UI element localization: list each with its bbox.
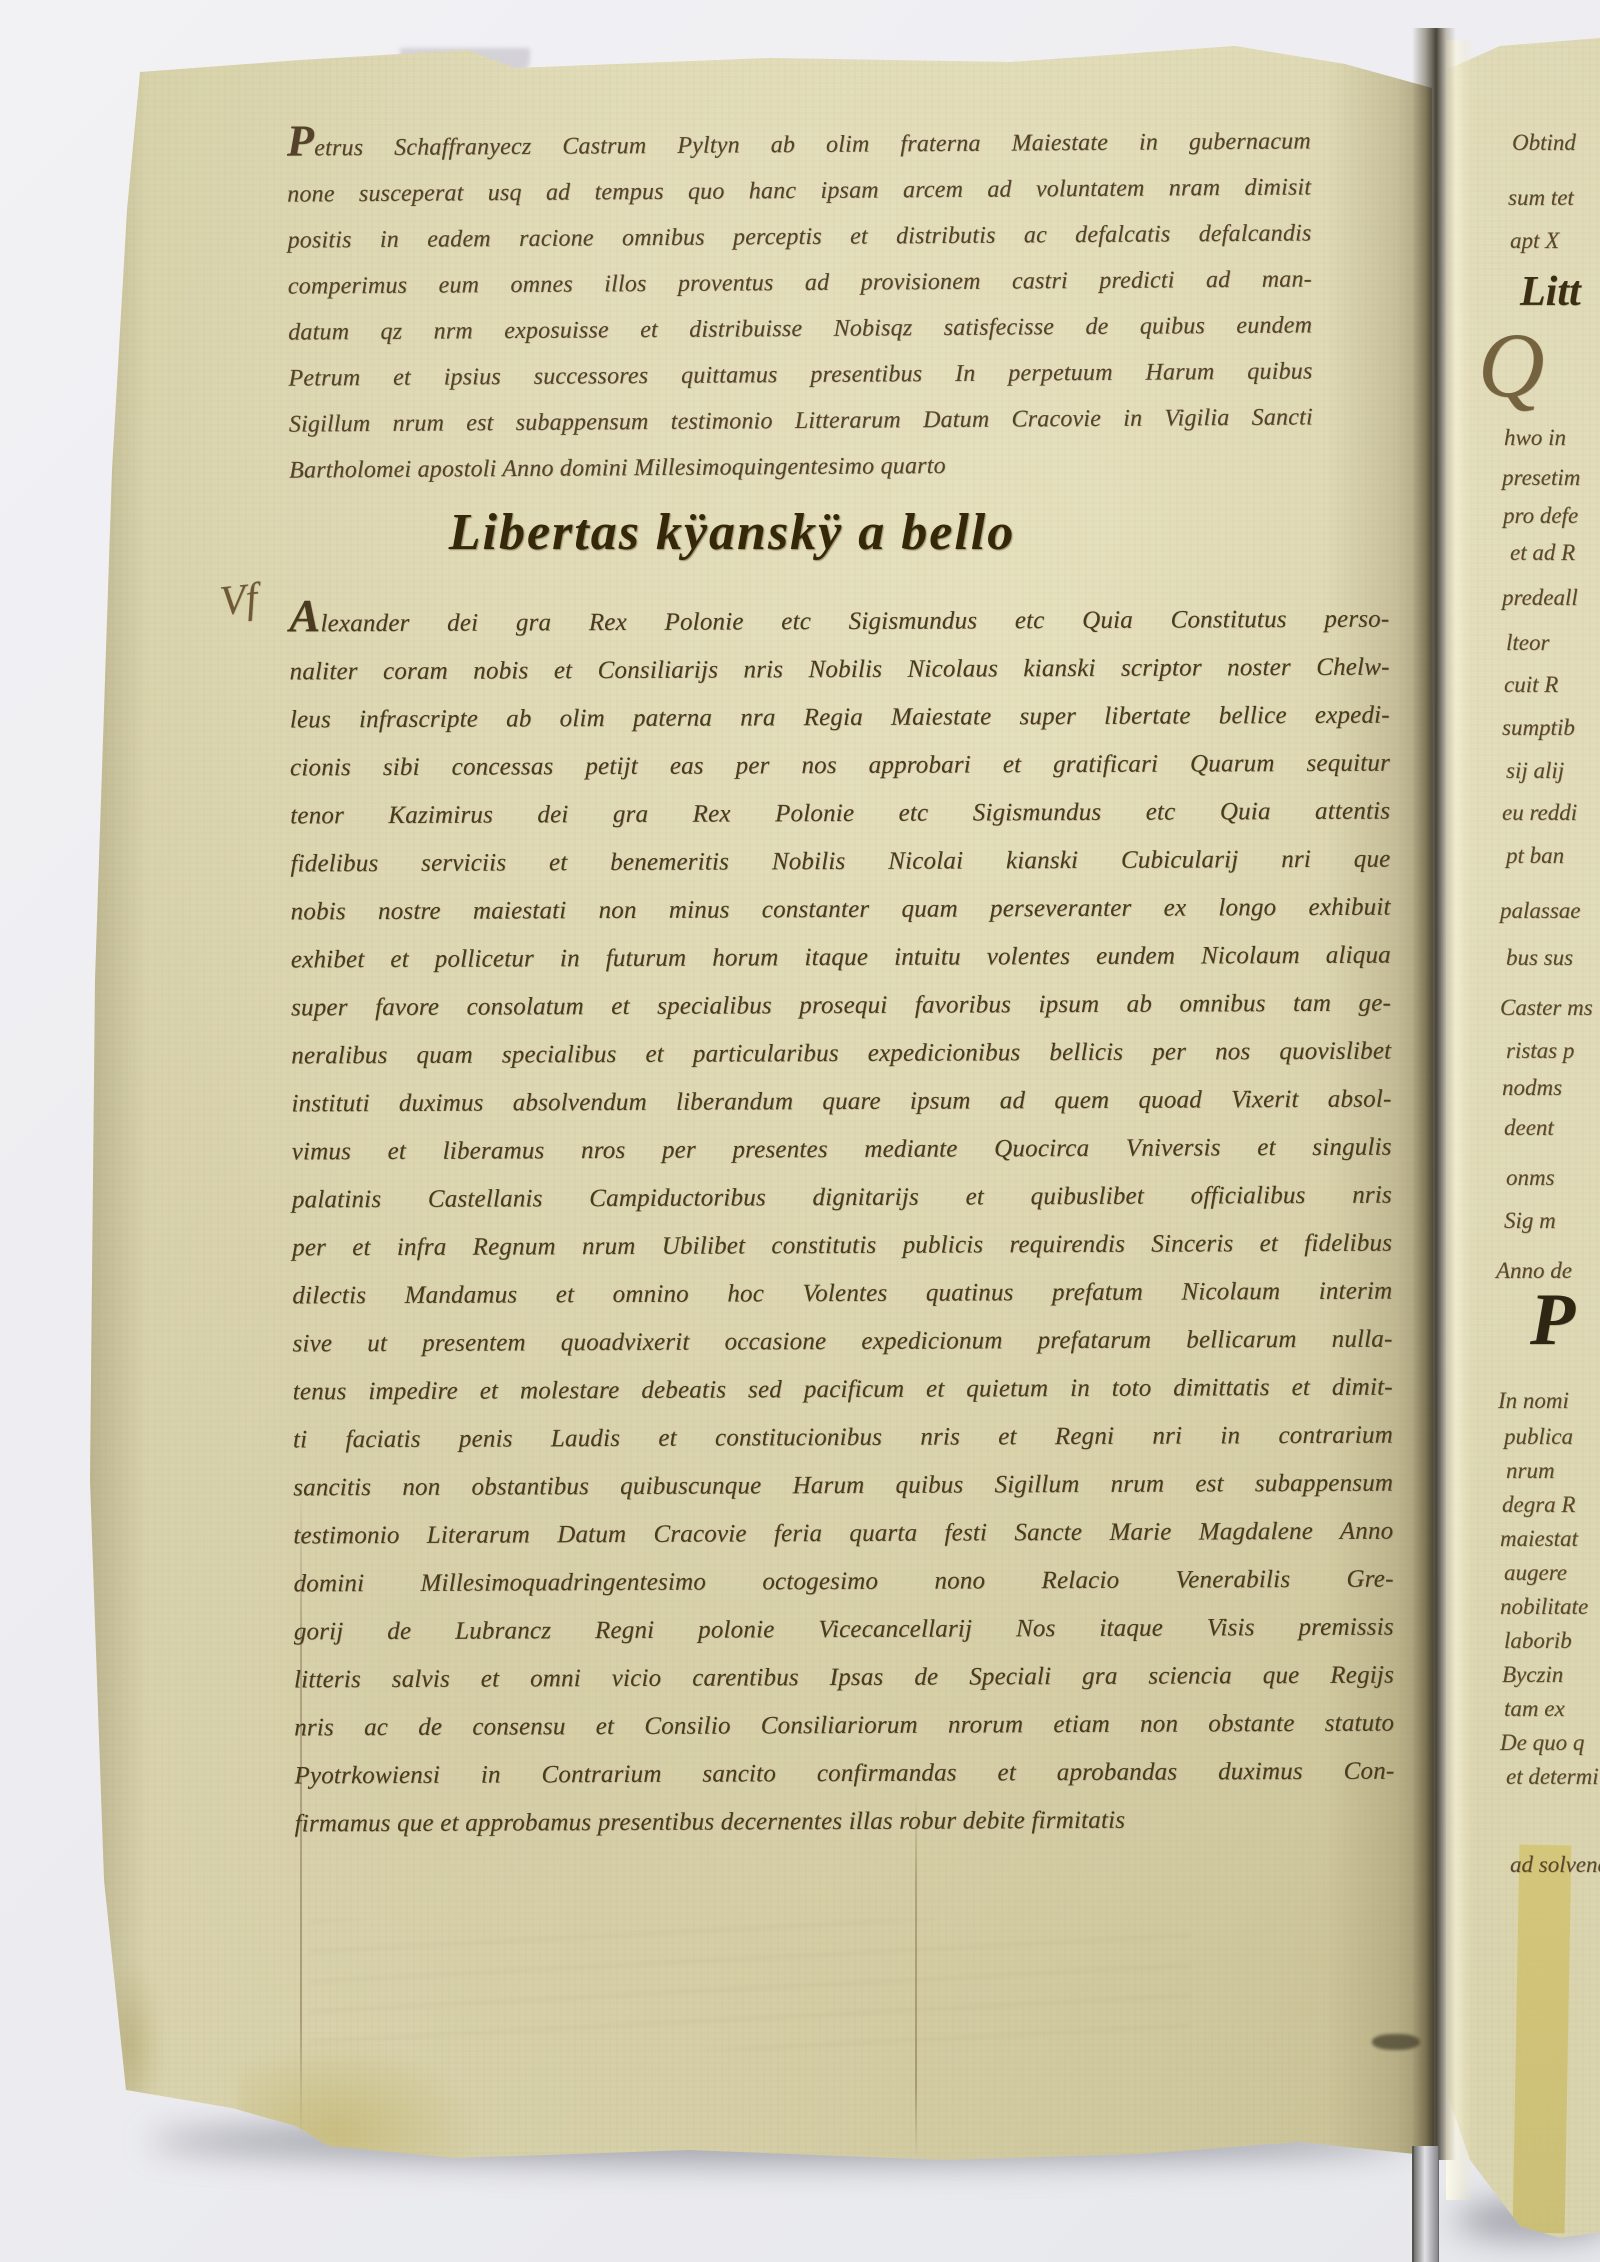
manuscript-line: per et infra Regnum nrum Ubilibet consti… bbox=[292, 1220, 1392, 1273]
manuscript-left-page: Petrus Schaffranyecz Castrum Pyltyn ab o… bbox=[0, 0, 1600, 2262]
right-page-text-fragment: laborib bbox=[1504, 1628, 1572, 1654]
manuscript-line: Petrus Schaffranyecz Castrum Pyltyn ab o… bbox=[287, 118, 1311, 171]
manuscript-line: dilectis Mandamus et omnino hoc Volentes… bbox=[292, 1268, 1392, 1321]
right-page-text-fragment: Sig m bbox=[1504, 1208, 1556, 1234]
manuscript-line: litteris salvis et omni vicio carentibus… bbox=[294, 1652, 1394, 1705]
right-page-text-fragment: et ad R bbox=[1510, 540, 1575, 566]
right-page-text-fragment: presetim bbox=[1502, 465, 1580, 491]
manuscript-line: gorij de Lubrancz Regni polonie Vicecanc… bbox=[294, 1604, 1394, 1657]
manuscript-line: comperimus eum omnes illos proventus ad … bbox=[288, 256, 1312, 309]
right-page-text-fragment: nobilitate bbox=[1500, 1594, 1588, 1620]
manuscript-scan-background: Petrus Schaffranyecz Castrum Pyltyn ab o… bbox=[0, 0, 1600, 2262]
manuscript-line: positis in eadem racione omnibus percept… bbox=[287, 210, 1311, 263]
right-page-text-fragment: sij alij bbox=[1506, 758, 1564, 784]
manuscript-line: vimus et liberamus nros per presentes me… bbox=[292, 1124, 1392, 1177]
manuscript-line: tenus impedire et molestare debeatis sed… bbox=[293, 1364, 1393, 1417]
right-page-text-fragment: In nomi bbox=[1498, 1388, 1569, 1414]
outer-edge-shading bbox=[88, 60, 148, 2100]
manuscript-line: instituti duximus absolvendum liberandum… bbox=[291, 1076, 1391, 1129]
manuscript-line: neralibus quam specialibus et particular… bbox=[291, 1028, 1391, 1081]
verso-show-through bbox=[310, 1920, 1190, 2050]
right-page-text-fragment: augere bbox=[1504, 1560, 1567, 1586]
right-page-text-fragment: eu reddi bbox=[1502, 800, 1577, 826]
body-paragraph: Alexander dei gra Rex Polonie etc Sigism… bbox=[289, 596, 1394, 1849]
right-page-text-fragment: Byczin bbox=[1502, 1662, 1563, 1688]
manuscript-line: domini Millesimoquadringentesimo octoges… bbox=[293, 1556, 1393, 1609]
right-page-initial-fragment: Q bbox=[1478, 312, 1544, 418]
right-page-text-fragment: cuit R bbox=[1504, 672, 1558, 698]
right-page-heading-fragment: Litt bbox=[1520, 268, 1581, 316]
right-page-text-fragment: ad solvend bbox=[1510, 1852, 1600, 1878]
right-page-text-fragment: sum tet bbox=[1508, 185, 1574, 211]
manuscript-line: sive ut presentem quoadvixerit occasione… bbox=[292, 1316, 1392, 1369]
manuscript-line: sancitis non obstantibus quibuscunque Ha… bbox=[293, 1460, 1393, 1513]
manuscript-line: datum qz nrm exposuisse et distribuisse … bbox=[288, 302, 1312, 355]
tape-repair-stain bbox=[1513, 1845, 1572, 2234]
right-page-text-fragment: predeall bbox=[1502, 585, 1578, 611]
right-page-text-fragment: sumptib bbox=[1502, 715, 1575, 741]
margin-mark: Vf bbox=[218, 574, 260, 626]
manuscript-line: nris ac de consensu et Consilio Consilia… bbox=[294, 1700, 1394, 1753]
right-page-text-fragment: pt ban bbox=[1506, 843, 1564, 869]
right-page-text-fragment: onms bbox=[1506, 1165, 1555, 1191]
manuscript-line: super favore consolatum et specialibus p… bbox=[291, 980, 1391, 1033]
manuscript-line: cionis sibi concessas petijt eas per nos… bbox=[290, 740, 1390, 793]
right-page-text-fragment: ristas p bbox=[1506, 1038, 1574, 1064]
right-page-text-fragment: hwo in bbox=[1504, 425, 1566, 451]
book-gutter-shadow bbox=[1412, 28, 1456, 2160]
right-page-text-fragment: deent bbox=[1504, 1115, 1554, 1141]
right-page-text-fragment: tam ex bbox=[1504, 1696, 1565, 1722]
right-page-text-fragment: publica bbox=[1504, 1424, 1573, 1450]
right-page-initial-fragment: P bbox=[1530, 1278, 1575, 1363]
right-page-text-fragment: De quo q bbox=[1500, 1730, 1584, 1756]
right-page-text-fragment: palassae bbox=[1500, 898, 1581, 924]
manuscript-line: Pyotrkowiensi in Contrarium sancito conf… bbox=[294, 1748, 1394, 1801]
manuscript-line: exhibet et pollicetur in futurum horum i… bbox=[291, 932, 1391, 985]
right-page-text-fragment: pro defe bbox=[1503, 503, 1578, 529]
right-page-text-fragment: Obtind bbox=[1512, 130, 1576, 156]
right-page-text-fragment: degra R bbox=[1502, 1492, 1575, 1518]
manuscript-line: ti faciatis penis Laudis et constitucion… bbox=[293, 1412, 1393, 1465]
binding-rod-bottom bbox=[1412, 2146, 1439, 2262]
manuscript-line: none susceperat usq ad tempus quo hanc i… bbox=[287, 164, 1311, 217]
right-page-text-fragment: et determi bbox=[1506, 1764, 1599, 1790]
manuscript-line: palatinis Castellanis Campiductoribus di… bbox=[292, 1172, 1392, 1225]
manuscript-line: tenor Kazimirus dei gra Rex Polonie etc … bbox=[290, 788, 1390, 841]
right-page-text-fragment: lteor bbox=[1506, 630, 1549, 656]
edge-stain bbox=[96, 1960, 166, 2130]
manuscript-line: naliter coram nobis et Consiliarijs nris… bbox=[289, 644, 1389, 697]
right-page-text-fragment: apt X bbox=[1510, 228, 1559, 254]
manuscript-line: Bartholomei apostoli Anno domini Millesi… bbox=[289, 440, 1313, 493]
manuscript-line: Petrum et ipsius successores quittamus p… bbox=[288, 348, 1312, 401]
right-page-text-fragment: maiestat bbox=[1500, 1526, 1578, 1552]
right-page-text-fragment: nrum bbox=[1506, 1458, 1555, 1484]
right-page-text-fragment: nodms bbox=[1502, 1075, 1562, 1101]
right-page-text-fragment: bus sus bbox=[1506, 945, 1573, 971]
top-paragraph: Petrus Schaffranyecz Castrum Pyltyn ab o… bbox=[287, 118, 1314, 493]
section-heading: Libertas kÿanskÿ a bello bbox=[402, 503, 1062, 562]
manuscript-line: Sigillum nrum est subappensum testimonio… bbox=[289, 394, 1313, 447]
manuscript-line: firmamus que et approbamus presentibus d… bbox=[295, 1796, 1395, 1849]
manuscript-line: testimonio Literarum Datum Cracovie feri… bbox=[293, 1508, 1393, 1561]
right-page-text-fragment: Caster ms bbox=[1500, 995, 1593, 1021]
manuscript-line: fidelibus serviciis et benemeritis Nobil… bbox=[290, 836, 1390, 889]
manuscript-line: leus infrascripte ab olim paterna nra Re… bbox=[290, 692, 1390, 745]
manuscript-line: nobis nostre maiestati non minus constan… bbox=[291, 884, 1391, 937]
manuscript-line: Alexander dei gra Rex Polonie etc Sigism… bbox=[289, 596, 1389, 649]
